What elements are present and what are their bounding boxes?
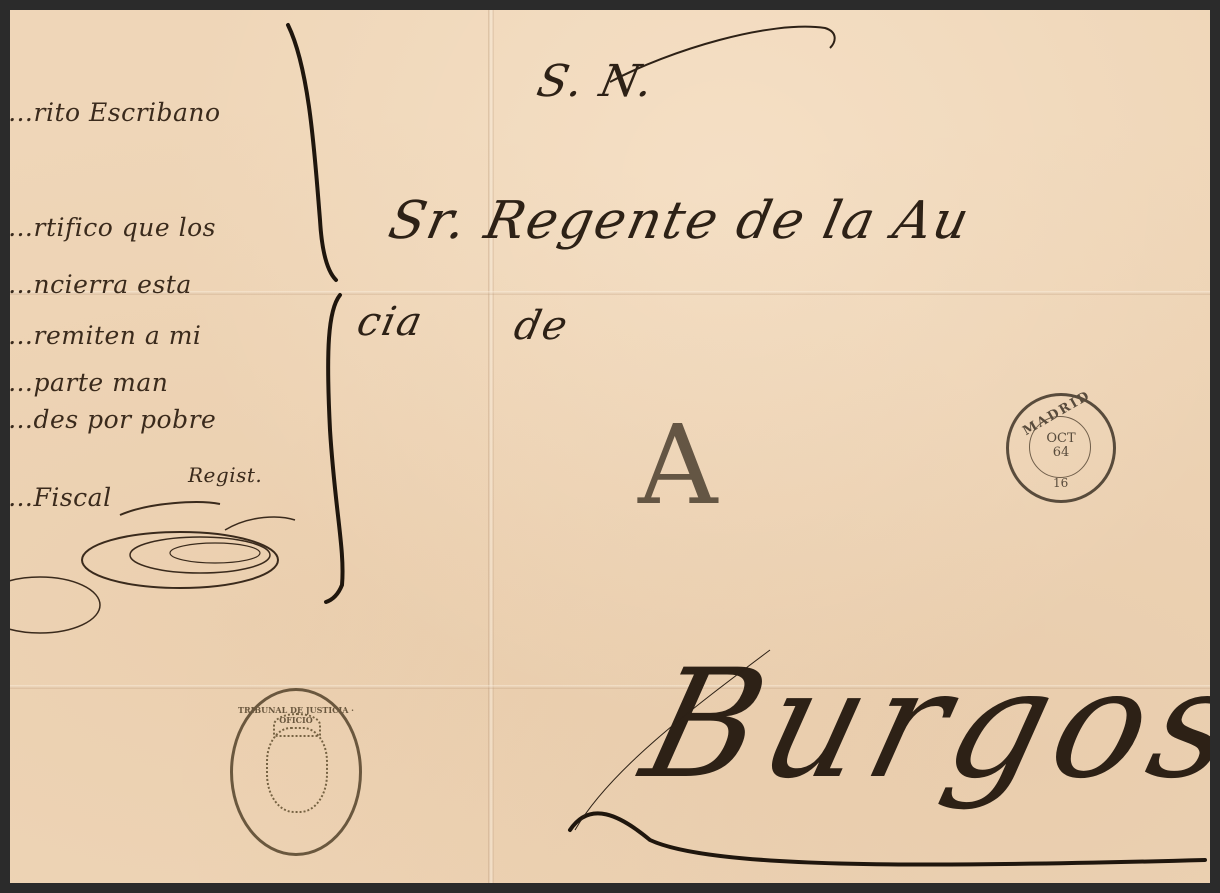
left-text-line-5: …parte man	[10, 370, 168, 395]
letter-cover: …rito Escribano …rtifico que los …ncierr…	[10, 10, 1210, 883]
address-line-1: Sr. Regente de la Au	[384, 195, 974, 247]
postmark-month: OCT	[1043, 432, 1079, 446]
postmark-day: 16	[1053, 476, 1068, 490]
coat-of-arms-icon	[266, 727, 328, 813]
postmark-date: OCT 64	[1043, 432, 1079, 459]
left-text-registro: Regist.	[188, 465, 262, 485]
vertical-fold	[488, 10, 494, 883]
left-text-line-6: …des por pobre	[10, 407, 216, 432]
left-text-line-4: …remiten a mi	[10, 323, 201, 348]
left-text-line-2: …rtifico que los	[10, 215, 216, 240]
handstamp-letter-a: A	[638, 410, 717, 520]
left-text-fiscal: …Fiscal	[10, 485, 112, 510]
address-city: Burgos	[631, 650, 1210, 800]
left-text-line-1: …rito Escribano	[10, 100, 221, 125]
tribunal-seal: TRIBUNAL DE JUSTICIA · OFICIO	[230, 688, 362, 856]
left-text-line-3: …ncierra esta	[10, 272, 192, 297]
postmark-year: 64	[1043, 446, 1079, 460]
address-line-2-right: de	[511, 306, 573, 346]
postmark-madrid: MADRID OCT 64 16	[1006, 393, 1116, 503]
service-mark-sn: S. N.	[533, 60, 659, 104]
address-line-2-left: cia	[354, 302, 428, 342]
